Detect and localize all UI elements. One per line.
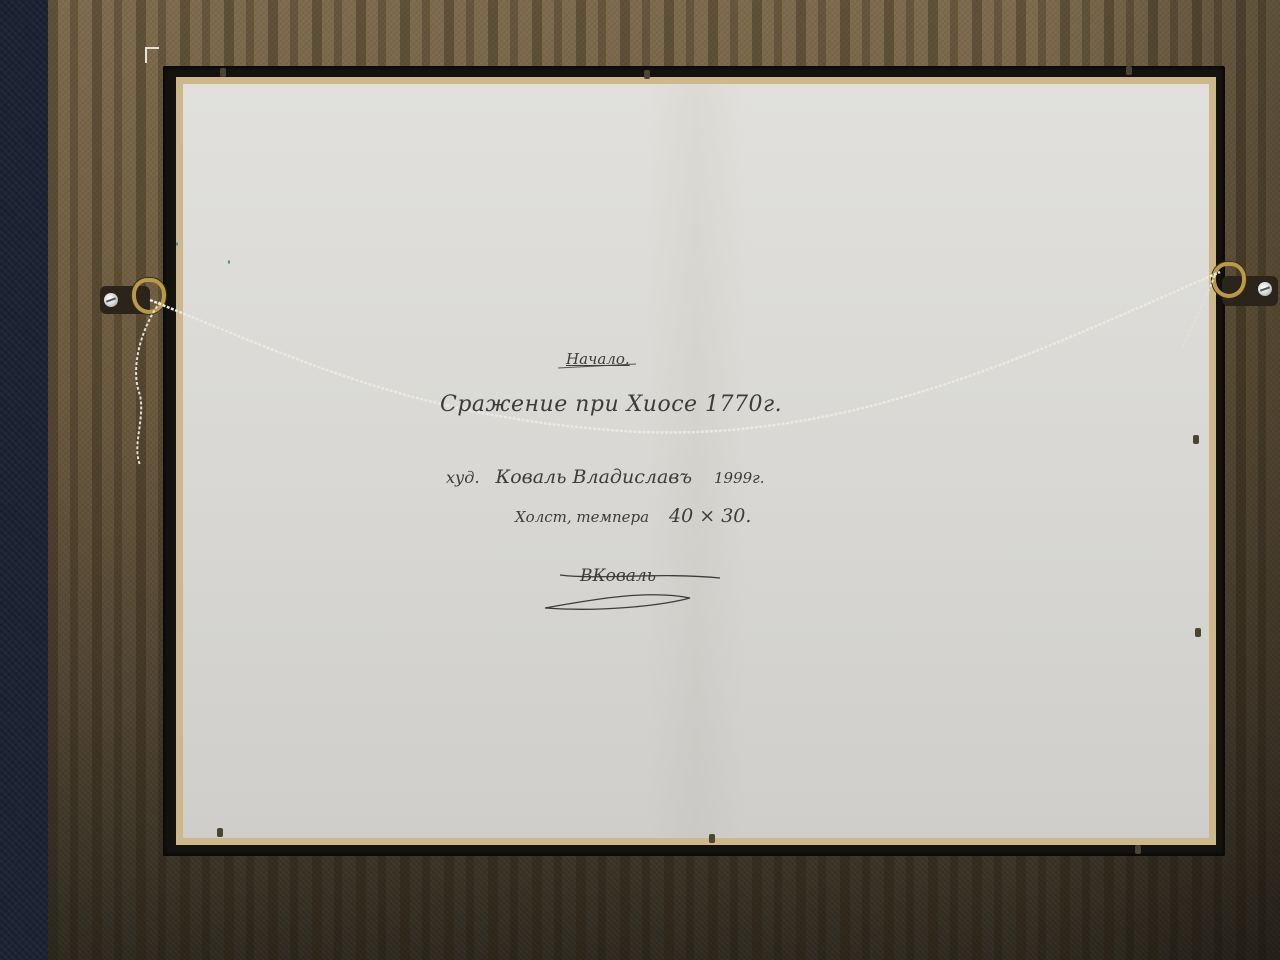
- artist-name: Коваль Владиславъ: [496, 466, 692, 488]
- wire-tail-left: [136, 302, 160, 465]
- medium: Холст, темпера: [515, 508, 649, 526]
- inscription-title: Сражение при Хиосе 1770г.: [440, 392, 782, 417]
- artist-prefix: худ.: [446, 468, 480, 487]
- inscription-artist-line: худ.Коваль Владиславъ1999г.: [446, 466, 765, 488]
- artist-signature: ВКоваль: [580, 566, 656, 586]
- inscription-medium-line: Холст, темпера40 × 30.: [515, 505, 751, 527]
- inscription-year: 1999г.: [714, 469, 765, 487]
- dimensions: 40 × 30.: [669, 505, 751, 527]
- inscription-heading: Начало.: [566, 350, 630, 368]
